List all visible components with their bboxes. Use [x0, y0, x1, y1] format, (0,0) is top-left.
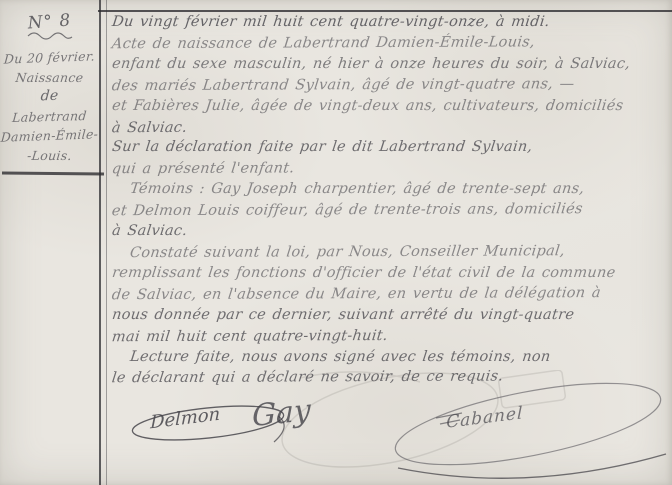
act-text-line: Acte de naissance de Labertrand Damien-É…	[111, 32, 666, 55]
act-text-line: remplissant les fonctions d'officier de …	[111, 263, 666, 284]
margin-note-line: -Louis.	[0, 146, 100, 166]
signature-cabanel: Cabanel	[388, 372, 672, 482]
margin-note-line: Naissance	[0, 68, 100, 88]
signature-grand-flourish	[388, 372, 672, 482]
signature-block: Delmon Gay Cabanel	[0, 370, 672, 485]
act-text-line: nous donnée par ce dernier, suivant arrê…	[111, 305, 666, 326]
signature-gay: Gay	[252, 396, 311, 431]
act-text-line: qui a présenté l'enfant.	[111, 157, 666, 180]
act-text-line: des mariés Labertrand Sylvain, âgé de vi…	[111, 74, 666, 97]
margin-note-line: de	[0, 85, 100, 108]
act-text-line: Sur la déclaration faite par le dit Labe…	[111, 137, 666, 158]
underline-squiggle	[26, 30, 74, 40]
scanned-register-page: N° 8 Du 20 février.NaissancedeLabertrand…	[0, 0, 672, 485]
margin-note: Du 20 février.NaissancedeLabertrandDamie…	[0, 48, 99, 165]
act-text: Du vingt février mil huit cent quatre-vi…	[112, 12, 664, 388]
act-text-line: à Salviac.	[111, 115, 666, 138]
act-text-line: de Salviac, en l'absence du Maire, en ve…	[111, 283, 666, 306]
act-text-line: mai mil huit cent quatre-vingt-huit.	[111, 324, 666, 347]
act-text-line: à Salviac.	[111, 221, 666, 242]
signature-name: Gay	[252, 393, 310, 434]
margin-note-line: Du 20 février.	[0, 46, 100, 69]
act-text-line: Témoins : Gay Joseph charpentier, âgé de…	[111, 179, 666, 200]
act-text-line: Constaté suivant la loi, par Nous, Conse…	[111, 241, 666, 264]
act-text-line: et Delmon Louis coiffeur, âgé de trente-…	[111, 199, 666, 222]
act-text-line: Du vingt février mil huit cent quatre-vi…	[111, 12, 666, 33]
act-text-line: Lecture faite, nous avons signé avec les…	[111, 347, 666, 368]
act-text-line: et Fabières Julie, âgée de vingt-deux an…	[111, 96, 666, 117]
act-text-line: enfant du sexe masculin, né hier à onze …	[111, 54, 666, 75]
margin-note-line: Damien-Émile-	[0, 124, 100, 147]
